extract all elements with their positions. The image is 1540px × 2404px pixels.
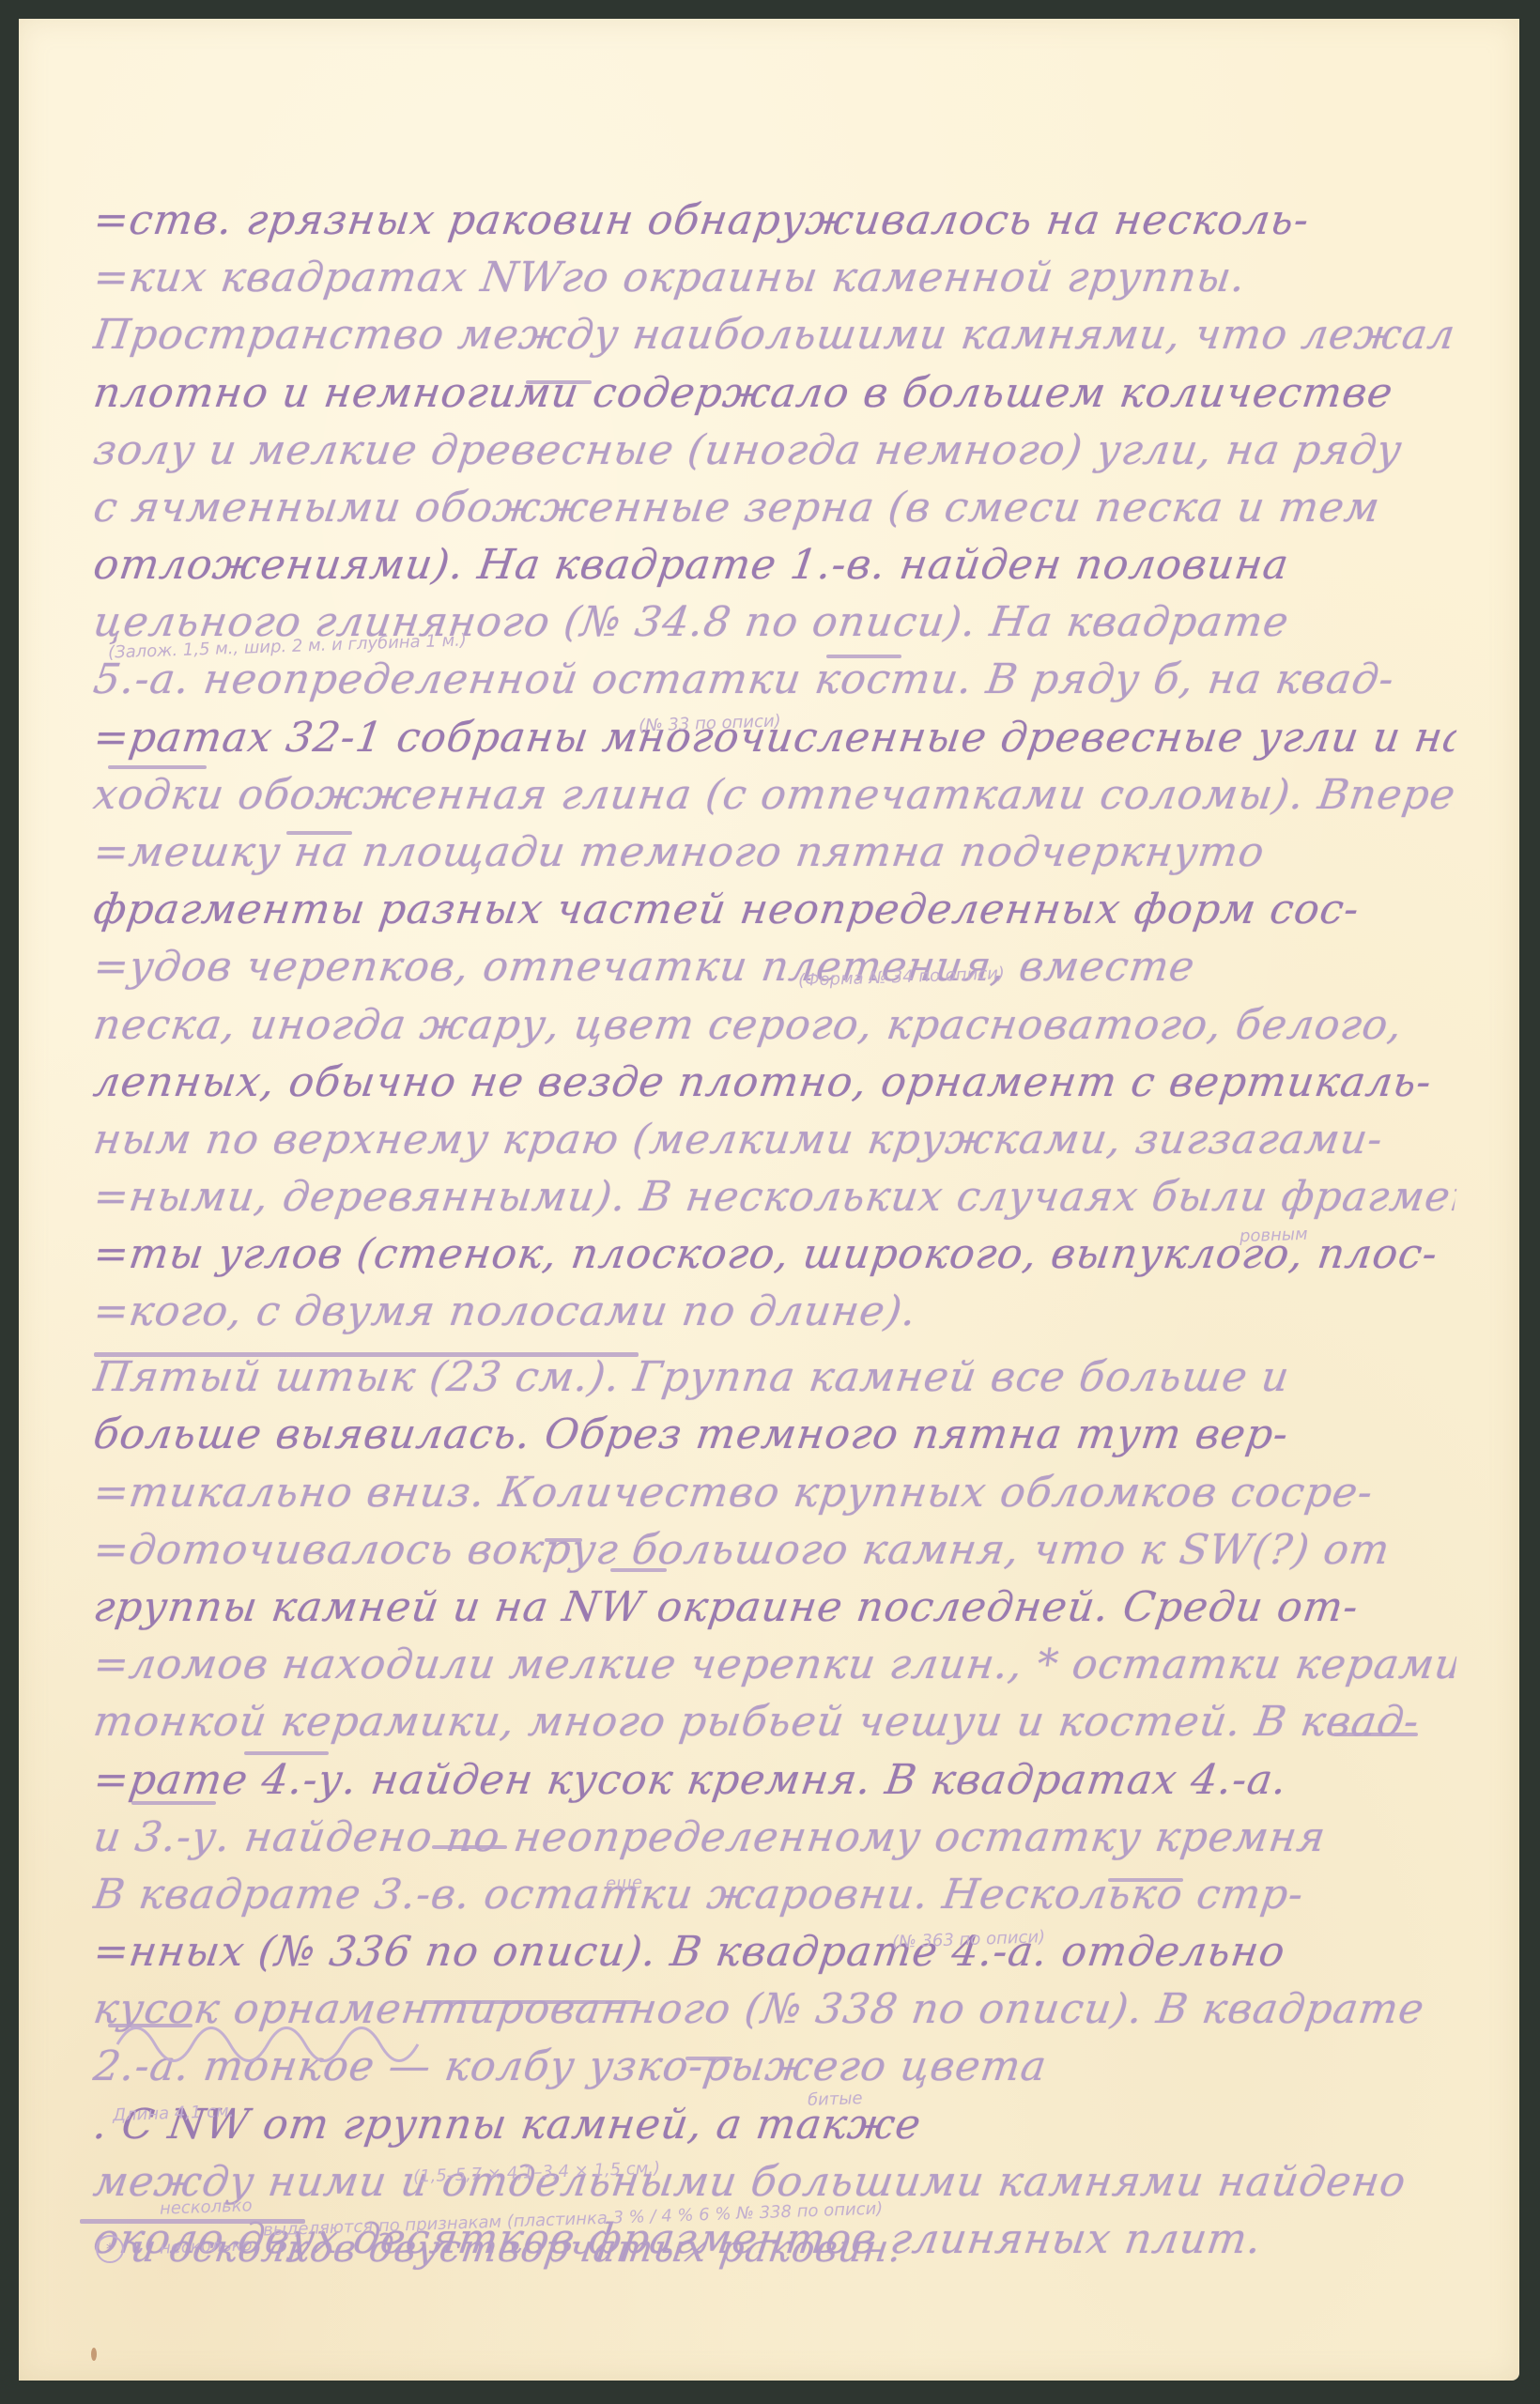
underline-dash <box>423 2000 639 2004</box>
handwritten-line: лепных, обычно не везде плотно, орнамент… <box>89 1050 1460 1116</box>
underline-32 <box>286 831 352 835</box>
handwritten-line: =рате 4.-у. найден кусок кремня. В квадр… <box>89 1748 1460 1813</box>
underline-sw <box>545 1538 582 1542</box>
handwritten-line: группы камней и на NW окраине последней.… <box>89 1575 1460 1641</box>
handwritten-line: плотно и немногими содержало в большем к… <box>89 361 1460 426</box>
underline-heading-fifth-spit <box>94 1352 639 1357</box>
handwritten-line: =мешку на площади темного пятна подчеркн… <box>89 820 1460 886</box>
handwritten-line: Пространство между наибольшими камнями, … <box>89 302 1460 368</box>
underline-3v <box>432 1845 507 1849</box>
underline-nw-2 <box>610 1568 667 1572</box>
margin-note: ровным <box>1240 1225 1308 1247</box>
handwritten-line: золу и мелкие древесные (иногда немного)… <box>89 418 1460 484</box>
handwritten-line: =ких квадратах NWго окраины каменной гру… <box>89 245 1460 311</box>
handwritten-line: . С NW от группы камней, а также <box>89 2092 1460 2158</box>
handwritten-line: =удов черепков, отпечатки плетения, вмес… <box>89 934 1460 1000</box>
handwritten-line: 5.-а. неопределенной остатки кости. В ря… <box>89 647 1460 713</box>
underline-4a-2 <box>1108 1878 1183 1882</box>
handwritten-line: =тикально вниз. Количество крупных облом… <box>89 1460 1460 1526</box>
handwritten-line: =кого, с двумя полосами по длине). <box>89 1279 1460 1345</box>
handwritten-line: песка, иногда жару, цвет серого, краснов… <box>89 993 1460 1058</box>
handwritten-line: тонкой керамики, много рыбьей чешуи и ко… <box>89 1689 1460 1755</box>
handwritten-line: =ломов находили мелкие черепки глин., * … <box>89 1632 1460 1698</box>
margin-note: битые <box>808 2088 863 2110</box>
footnote-marker: * <box>96 2235 124 2263</box>
handwritten-line: =доточивалось вокруг большого камня, что… <box>89 1518 1460 1583</box>
underline-4a <box>1333 1733 1418 1736</box>
handwritten-line: больше выявилась. Обрез темного пятна ту… <box>89 1402 1460 1468</box>
wavy-line-mark <box>108 2007 446 2073</box>
underline-nw <box>526 380 592 384</box>
underline-5a <box>108 765 207 769</box>
handwritten-line: ным по верхнему краю (мелкими кружками, … <box>89 1107 1460 1173</box>
handwritten-line: ходки обожженная глина (с отпечатками со… <box>89 763 1460 828</box>
underline-nw-3 <box>685 2057 732 2060</box>
handwritten-line: с ячменными обожженные зерна (в смеси пе… <box>89 475 1460 541</box>
handwritten-line: и 3.-у. найдено по неопределенному остат… <box>89 1805 1460 1871</box>
underline-3y <box>131 1801 216 1805</box>
underline-4y <box>244 1751 329 1755</box>
handwritten-line: фрагменты разных частей неопределенных ф… <box>89 877 1460 943</box>
handwritten-line: =нных (№ 336 по описи). В квадрате 4.-а.… <box>89 1919 1460 1985</box>
handwritten-line: =ств. грязных раковин обнаруживалось на … <box>89 188 1460 254</box>
manuscript-page: =ств. грязных раковин обнаруживалось на … <box>19 19 1519 2381</box>
margin-note: еще <box>606 1872 643 1893</box>
paper-stain <box>91 2348 97 2361</box>
handwritten-line: отложениями). На квадрате 1.-в. найден п… <box>89 532 1460 598</box>
footnote-text: и осколков двустворчатых раковин. <box>127 2216 1498 2282</box>
handwritten-line: В квадрате 3.-в. остатки жаровни. Нескол… <box>89 1862 1460 1928</box>
underline-kvadrat <box>826 655 901 658</box>
handwritten-line: =ными, деревянными). В нескольких случая… <box>89 1164 1460 1230</box>
footnote-label: несколько <box>160 2196 253 2218</box>
